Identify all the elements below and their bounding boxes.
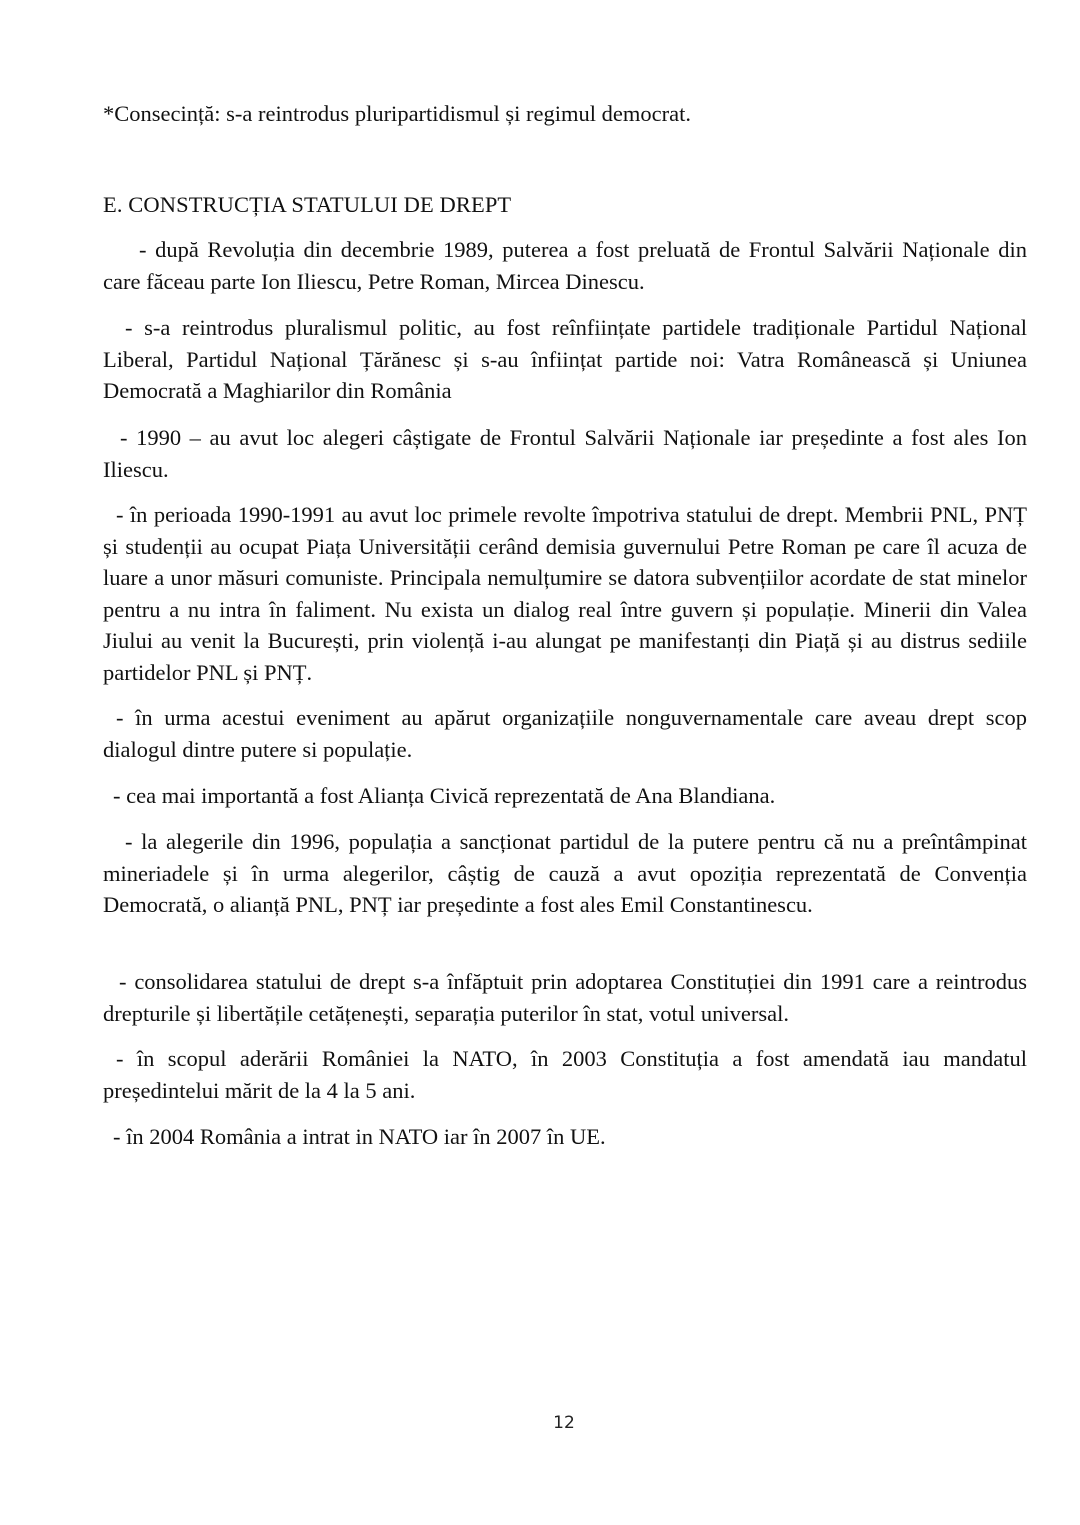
paragraph: - în urma acestui eveniment au apărut or… [103, 702, 1027, 765]
paragraph: - în perioada 1990-1991 au avut loc prim… [103, 499, 1027, 688]
paragraph: - s-a reintrodus pluralismul politic, au… [103, 312, 1027, 407]
paragraph: - după Revoluția din decembrie 1989, put… [103, 234, 1027, 297]
paragraph: - cea mai importantă a fost Alianța Civi… [103, 780, 1027, 812]
page-number: 12 [0, 1413, 1080, 1433]
paragraph: - în scopul aderării României la NATO, î… [103, 1043, 1027, 1106]
document-page: *Consecință: s-a reintrodus pluripartidi… [0, 0, 1080, 1525]
paragraph: - la alegerile din 1996, populația a san… [103, 826, 1027, 921]
consequence-note: *Consecință: s-a reintrodus pluripartidi… [103, 98, 1027, 130]
paragraph: - consolidarea statului de drept s-a înf… [103, 966, 1027, 1029]
paragraph: - în 2004 România a intrat in NATO iar î… [103, 1121, 1027, 1153]
paragraph: - 1990 – au avut loc alegeri câștigate d… [103, 422, 1027, 485]
section-heading: E. CONSTRUCȚIA STATULUI DE DREPT [103, 189, 1027, 221]
